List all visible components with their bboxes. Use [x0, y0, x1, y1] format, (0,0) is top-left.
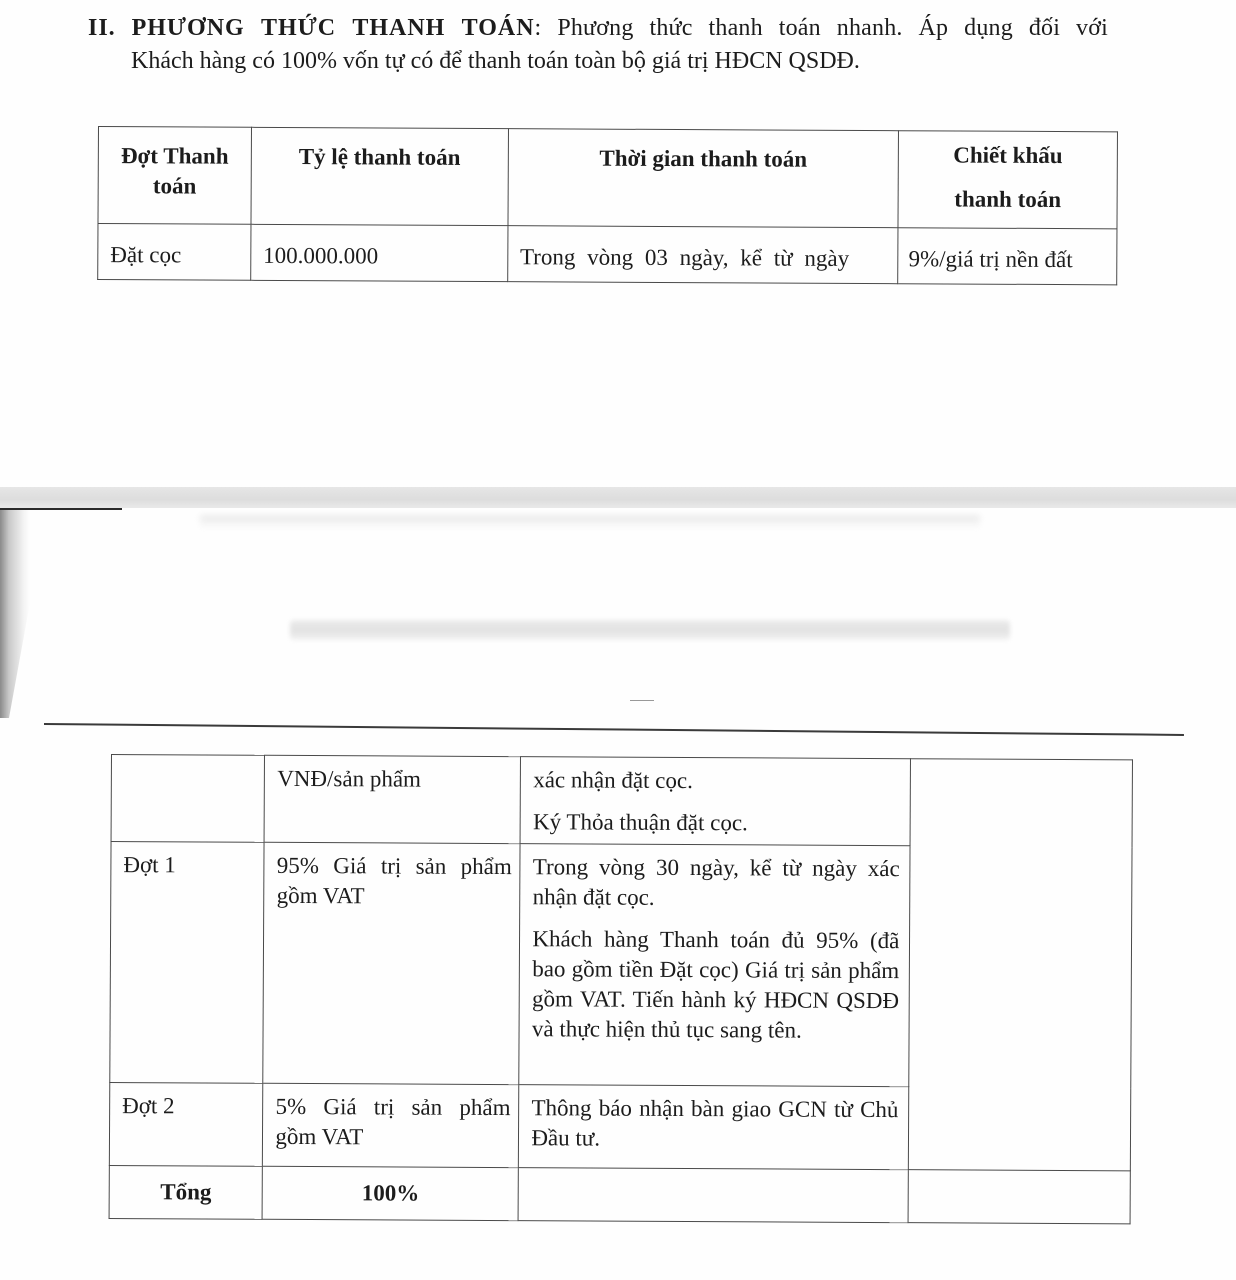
scan-artifact-dash: [630, 700, 654, 701]
page-edge-line: [0, 508, 122, 510]
section-intro-line1: Phương thức thanh toán nhanh. Áp dụng đố…: [557, 15, 1108, 41]
cell-time-deposit-continued: xác nhận đặt cọc. Ký Thỏa thuận đặt cọc.: [520, 757, 910, 846]
payment-table-part1: Đợt Thanh toán Tỷ lệ thanh toán Thời gia…: [97, 126, 1118, 285]
table-row-total: Tổng 100%: [109, 1165, 1130, 1223]
cell-time-1: Trong vòng 30 ngày, kể từ ngày xác nhận …: [519, 844, 910, 1087]
section-colon: :: [535, 15, 542, 41]
cell-phase-1: Đợt 1: [110, 842, 265, 1084]
cell-total-time: [518, 1168, 908, 1223]
payment-table-part2: VNĐ/sản phẩm xác nhận đặt cọc. Ký Thỏa t…: [109, 754, 1133, 1224]
cell-rate-deposit: 100.000.000: [251, 224, 508, 281]
section-title: PHƯƠNG THỨC THANH TOÁN: [132, 15, 535, 41]
section-number: II.: [88, 15, 116, 41]
cell-discount-deposit: 9%/giá trị nền đất: [898, 228, 1117, 285]
cell-discount-merged: [909, 759, 1133, 1171]
header-payment-phase: Đợt Thanh toán: [98, 127, 251, 225]
header-payment-discount: Chiết khấu thanh toán: [898, 131, 1117, 229]
cell-phase-deposit: Đặt cọc: [98, 224, 251, 281]
header-payment-rate: Tỷ lệ thanh toán: [251, 127, 508, 225]
cell-total-label: Tổng: [109, 1165, 263, 1219]
section-heading: II. PHƯƠNG THỨC THANH TOÁN: Phương thức …: [88, 12, 1108, 44]
table-row-deposit-continued: VNĐ/sản phẩm xác nhận đặt cọc. Ký Thỏa t…: [111, 755, 1132, 847]
header-payment-time: Thời gian thanh toán: [508, 129, 899, 228]
page-break-gap: [0, 487, 1236, 508]
table-header-row: Đợt Thanh toán Tỷ lệ thanh toán Thời gia…: [98, 127, 1117, 229]
table-row: Đặt cọc 100.000.000 Trong vòng 03 ngày, …: [98, 224, 1117, 285]
cell-phase-empty: [111, 755, 265, 843]
document-page-top: II. PHƯƠNG THỨC THANH TOÁN: Phương thức …: [0, 0, 1236, 487]
cell-rate-2: 5% Giá trị sản phẩm gồm VAT: [263, 1083, 519, 1167]
cell-rate-1: 95% Giá trị sản phẩm gồm VAT: [263, 842, 520, 1084]
cell-phase-2: Đợt 2: [109, 1082, 263, 1166]
cell-rate-unit: VNĐ/sản phẩm: [264, 755, 520, 843]
scan-artifact-band: [200, 515, 980, 529]
redacted-smudge: [290, 620, 1010, 640]
cell-time-deposit: Trong vòng 03 ngày, kể từ ngày: [507, 226, 898, 284]
cell-total-rate: 100%: [262, 1166, 518, 1220]
cell-time-2: Thông báo nhận bàn giao GCN từ Chủ Đầu t…: [519, 1085, 909, 1170]
section-intro-line2: Khách hàng có 100% vốn tự có để thanh to…: [131, 45, 860, 77]
cell-total-discount: [908, 1170, 1130, 1224]
